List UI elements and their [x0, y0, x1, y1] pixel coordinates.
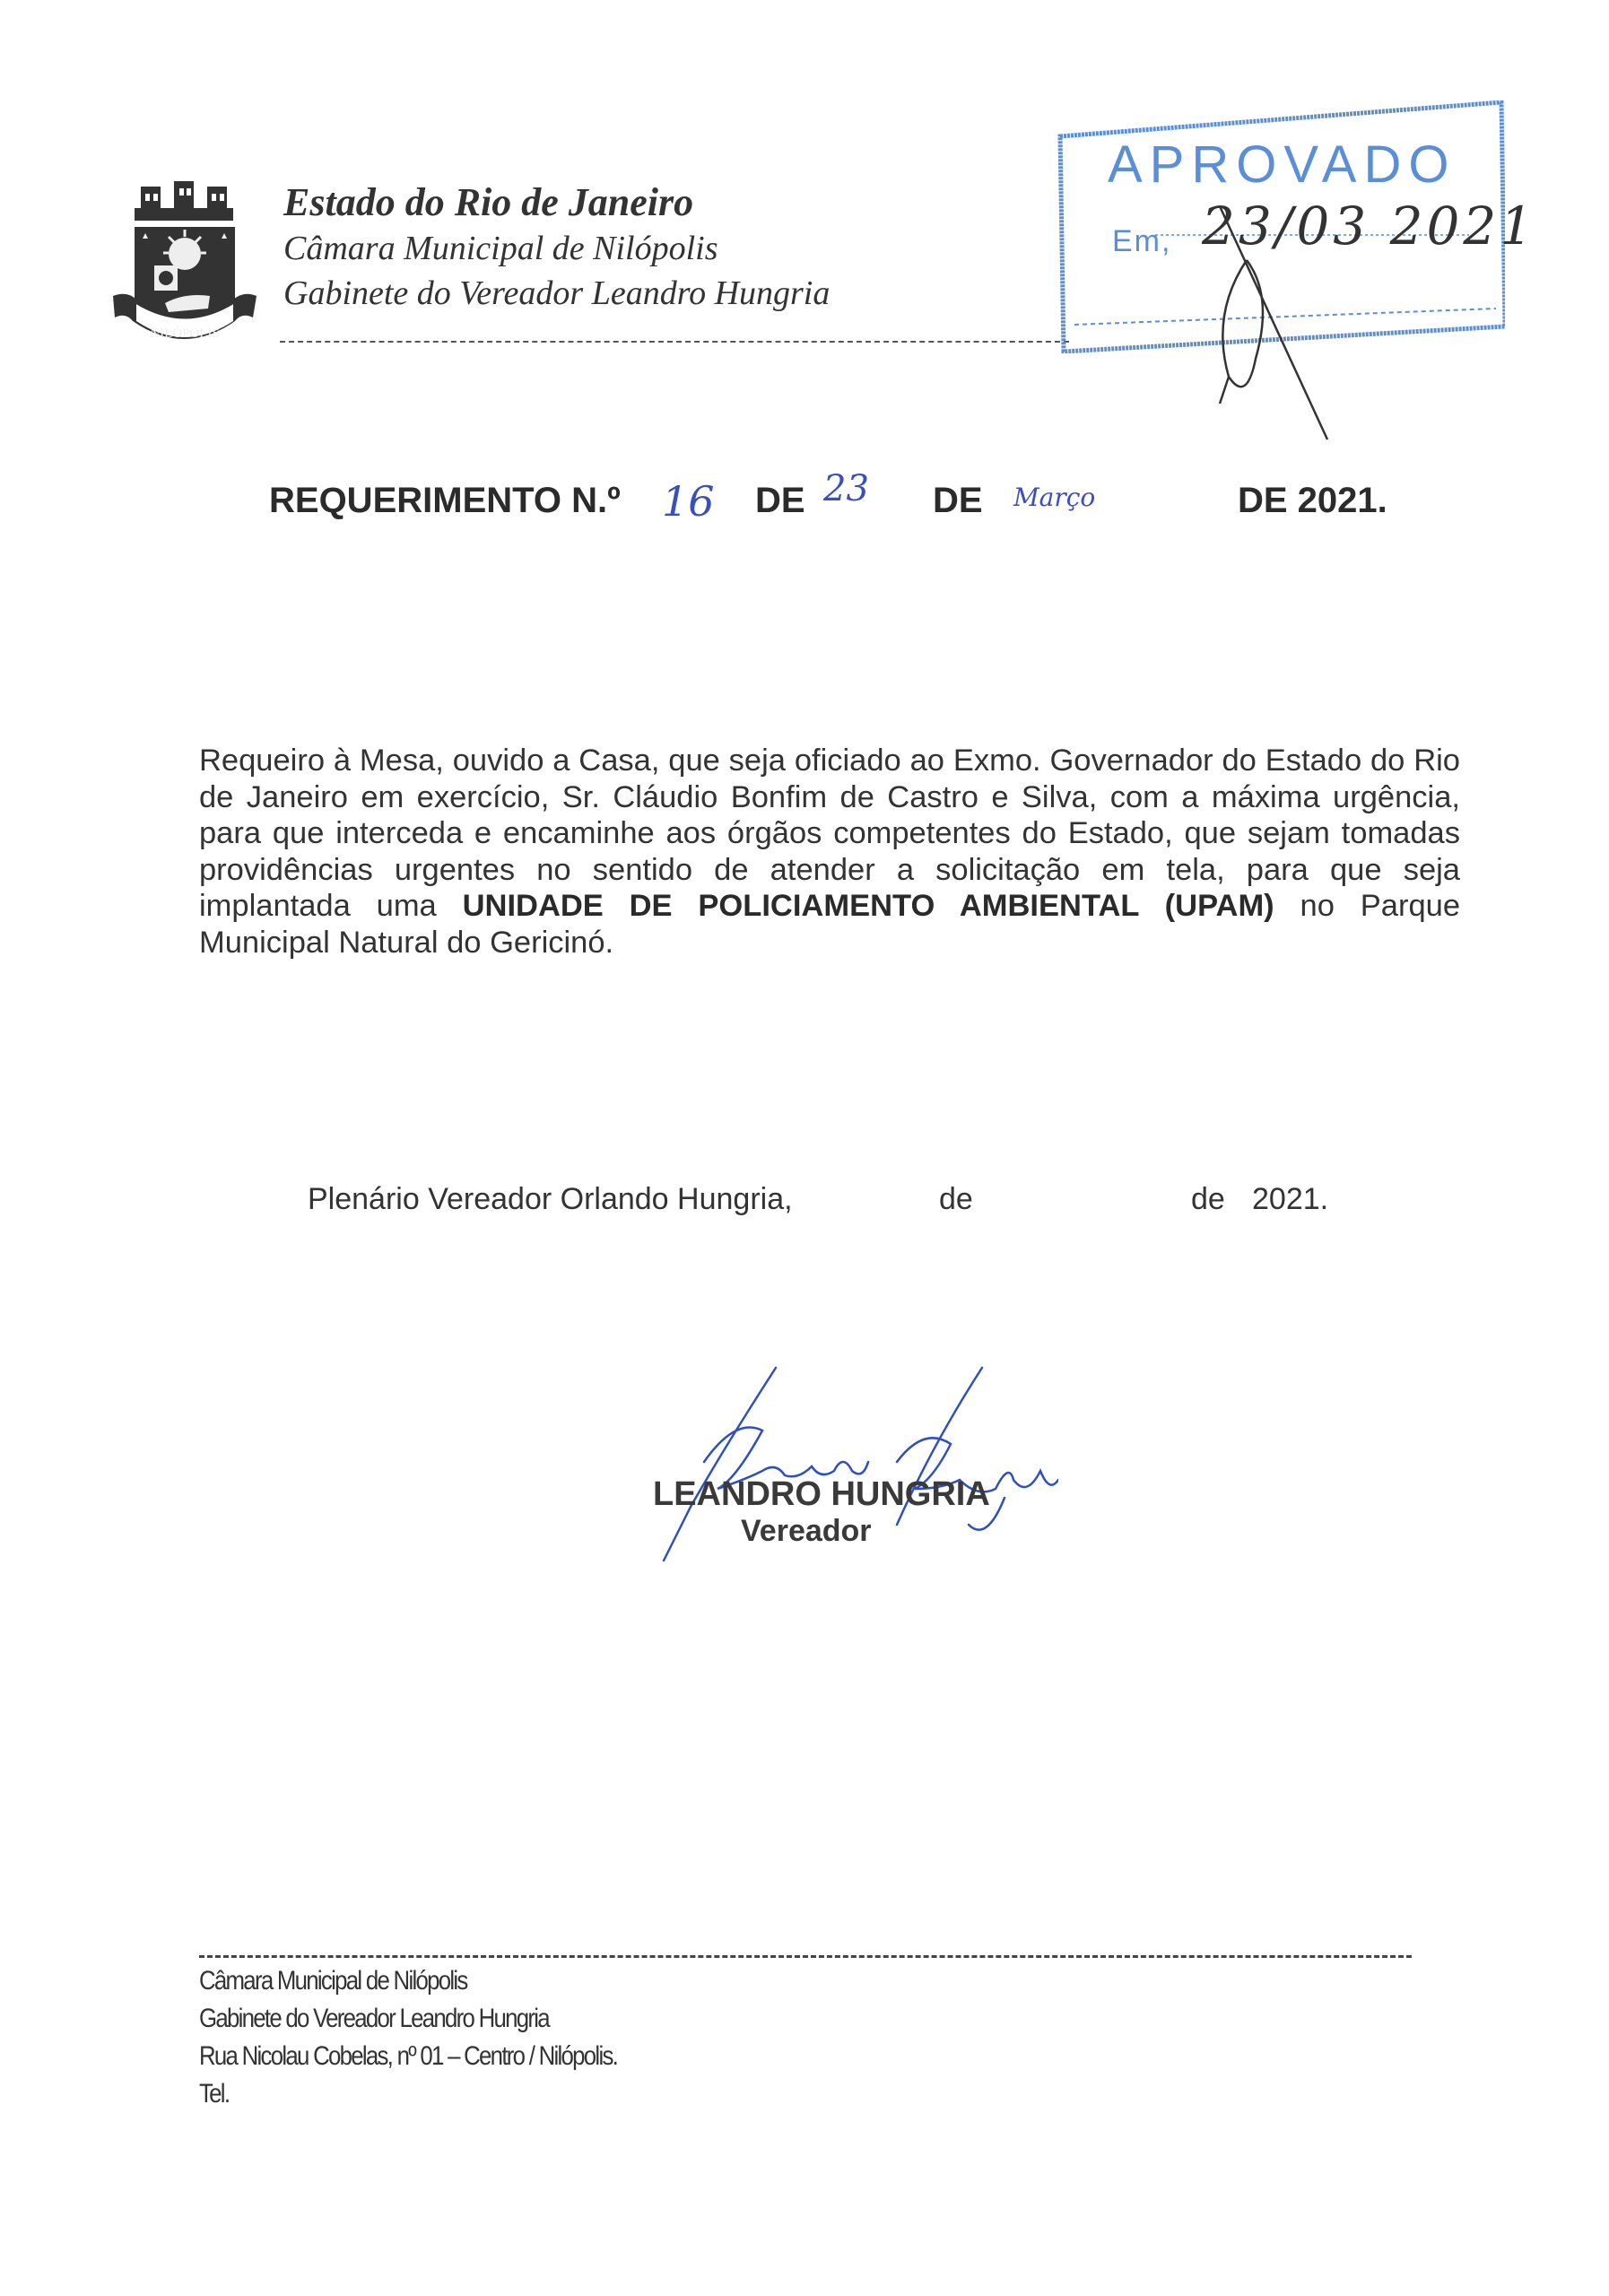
svg-text:NILÓPOLIS: NILÓPOLIS [150, 326, 220, 341]
request-highlight: UNIDADE DE POLICIAMENTO AMBIENTAL (UPAM) [463, 889, 1274, 923]
stamp-em-label: Em, [1112, 224, 1171, 259]
footer-phone: Tel. [199, 2079, 229, 2109]
requerimento-number: 16 [662, 477, 715, 526]
signatory-name: LEANDRO HUNGRIA [653, 1475, 990, 1514]
stamp-initials-signature [1193, 197, 1345, 448]
requerimento-year: DE 2021. [1238, 481, 1387, 521]
footer-divider [199, 1955, 1412, 1958]
place-year: 2021. [1252, 1182, 1328, 1217]
requerimento-de1: DE [755, 481, 805, 521]
footer-chamber: Câmara Municipal de Nilópolis [199, 1966, 467, 1996]
requerimento-day: 23 [823, 468, 869, 509]
footer-address: Rua Nicolau Cobelas, nº 01 – Centro / Ni… [199, 2041, 617, 2072]
header-chamber: Câmara Municipal de Nilópolis [283, 229, 718, 268]
requerimento-de2: DE [933, 481, 983, 521]
footer-office: Gabinete do Vereador Leandro Hungria [199, 2004, 549, 2034]
signatory-role: Vereador [741, 1514, 872, 1549]
place-de2: de [1191, 1182, 1225, 1217]
requerimento-label: REQUERIMENTO N.º [269, 481, 621, 521]
header-divider [280, 341, 1069, 343]
requerimento-month: Março [1013, 483, 1095, 512]
place-de1: de [939, 1182, 973, 1217]
header-title: Estado do Rio de Janeiro [283, 179, 693, 225]
request-body: Requeiro à Mesa, ouvido a Casa, que seja… [199, 743, 1460, 961]
coat-of-arms-icon: NILÓPOLIS [109, 178, 258, 344]
header-office: Gabinete do Vereador Leandro Hungria [283, 274, 830, 313]
place-name: Plenário Vereador Orlando Hungria, [308, 1182, 793, 1217]
stamp-status: APROVADO [1108, 135, 1456, 195]
